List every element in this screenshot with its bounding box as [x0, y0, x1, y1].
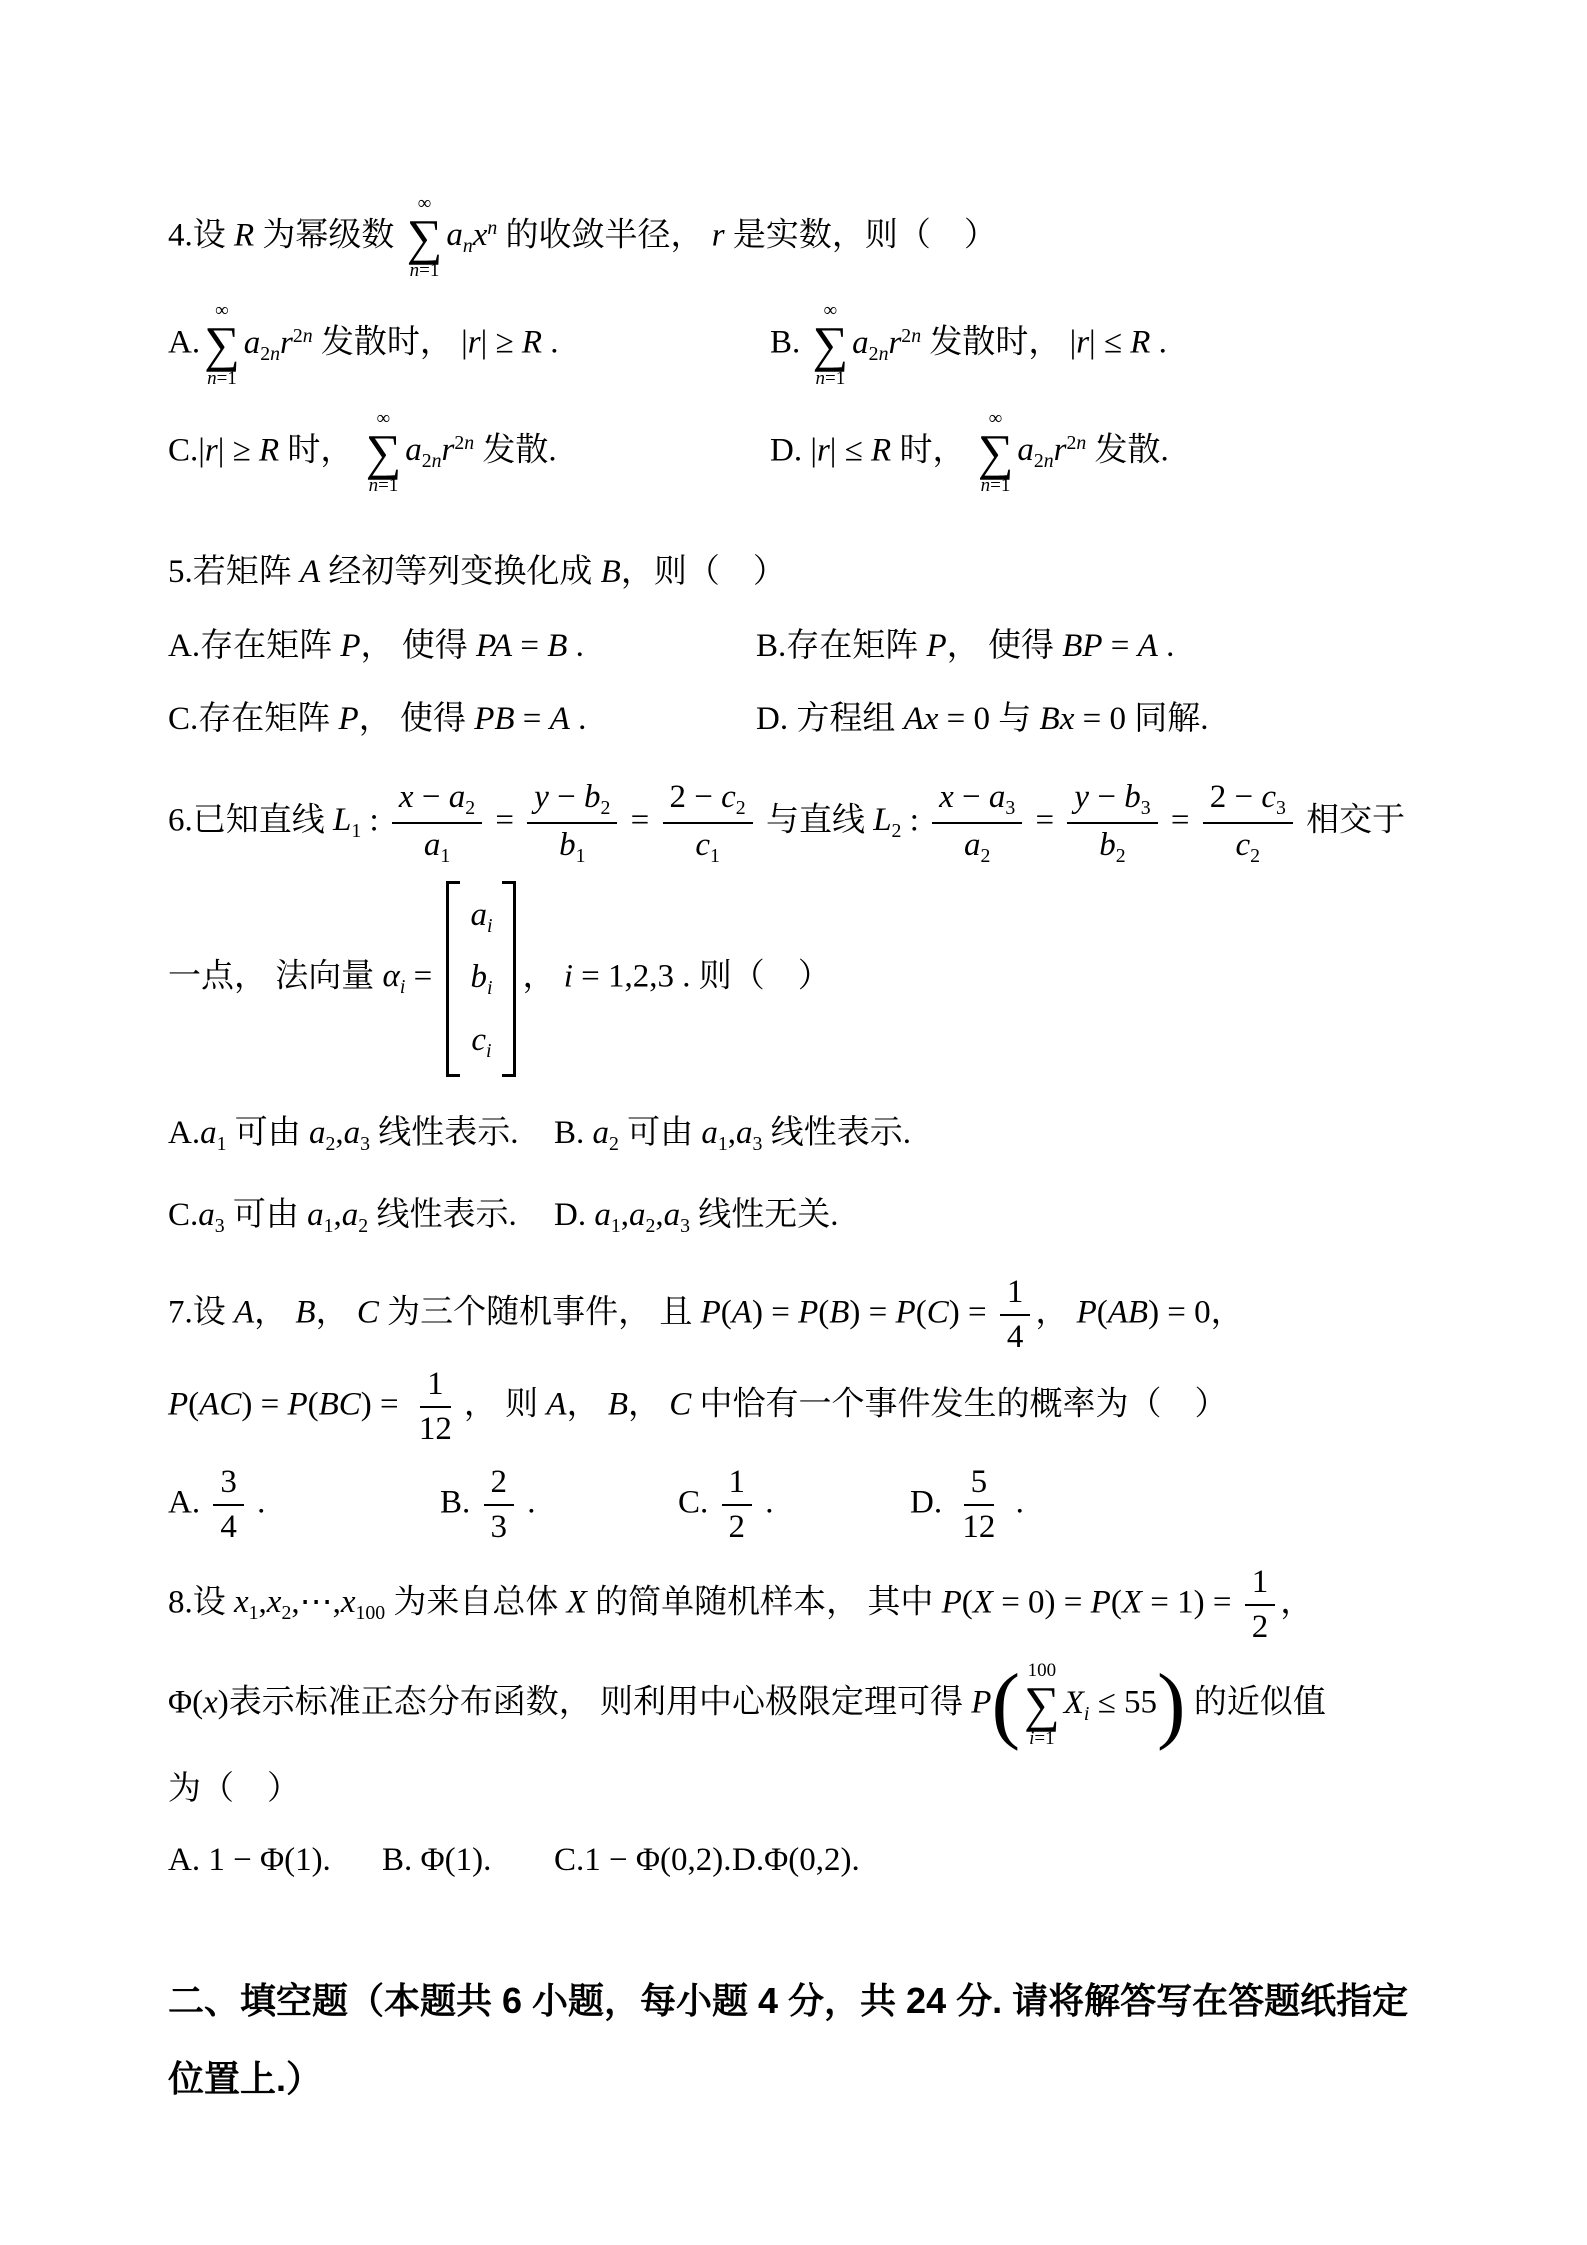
math-operator: 2 — [729, 1509, 746, 1545]
text-run: 线性无关. — [690, 1197, 839, 1233]
math-superscript: 2n — [901, 325, 921, 347]
math-subscript: 1 — [351, 820, 361, 842]
math-base: a — [736, 1115, 753, 1151]
question-6-options-row-2: C.a3 可由 a1,a2 线性表示.D. a1,a2,a3 线性无关. — [168, 1191, 1477, 1242]
math-superscripted: r2n — [280, 325, 313, 361]
math-subscripted: Xi — [1064, 1685, 1090, 1721]
option-label: C. — [554, 1842, 584, 1878]
text-run: ， — [316, 1294, 357, 1330]
question-6-stem-line-1: 6.已知直线 L1 : x − a2a1 = y − b2b1 = 2 − c2… — [168, 779, 1477, 867]
math-number: =1 — [825, 368, 845, 389]
fraction-numerator: 1 — [420, 1366, 451, 1408]
math-identifier: B — [295, 1294, 315, 1330]
math-operator: 2 — [491, 1464, 508, 1500]
fraction-denominator: a1 — [417, 824, 457, 867]
math-base: c — [471, 1022, 486, 1058]
text-run: 为幂级数 — [254, 217, 403, 253]
text-run: 发散. — [1086, 432, 1169, 468]
math-identifier: A — [550, 701, 570, 737]
question-6-option-A: A.a1 可由 a2,a3 线性表示. — [168, 1109, 554, 1160]
question-8-option-D: D.Φ(0,2). — [732, 1836, 860, 1886]
math-identifier: P — [1091, 1584, 1111, 1620]
math-identifier: n — [911, 325, 921, 347]
text-run: . 则（ ） — [674, 958, 831, 994]
big-paren: ( — [991, 1657, 1020, 1752]
math-base: x — [267, 1584, 282, 1620]
text-run: 的收敛半径， — [497, 217, 712, 253]
math-subscript: 2 — [601, 797, 611, 819]
math-number: 1 — [351, 820, 361, 842]
math-subscripted: a3 — [736, 1115, 762, 1151]
math-subscripted: a2 — [449, 779, 475, 815]
math-operator: = 1) = — [1142, 1584, 1240, 1620]
math-operator: , — [334, 1197, 342, 1233]
fraction-numerator: x − a3 — [932, 779, 1022, 824]
math-operator: 1 − Φ(1). — [208, 1842, 330, 1878]
math-number: =1 — [990, 475, 1010, 496]
math-subscripted: x2 — [267, 1584, 292, 1620]
text-run: 为（ ） — [168, 1771, 300, 1807]
vector-entry: bi — [470, 953, 492, 1004]
math-number: 3 — [1005, 797, 1015, 819]
math-subscripted: x1 — [234, 1584, 259, 1620]
math-base: L — [873, 802, 891, 838]
math-operator: , — [655, 1197, 663, 1233]
math-operator: 2 — [1252, 1609, 1269, 1645]
math-identifier: r — [712, 217, 725, 253]
fraction-denominator: c1 — [688, 824, 727, 867]
math-operator: ) = — [949, 1294, 995, 1330]
math-base: a — [594, 1197, 611, 1233]
math-subscripted: a2n — [852, 325, 888, 361]
math-identifier: y — [1074, 779, 1089, 815]
math-number: 2 — [465, 797, 475, 819]
math-fraction: 34 — [213, 1464, 244, 1546]
math-subscript: 2n — [260, 343, 280, 365]
math-base: a — [405, 432, 422, 468]
option-label: A. — [168, 1484, 208, 1520]
math-identifier: X — [973, 1584, 993, 1620]
math-identifier: n — [487, 217, 497, 239]
math-identifier: n — [981, 475, 991, 496]
text-run: 存在矩阵 — [200, 628, 340, 664]
math-subscript: 2 — [281, 1602, 291, 1624]
math-subscripted: an — [446, 217, 472, 253]
math-base: b — [559, 827, 576, 863]
math-identifier: BC — [319, 1386, 361, 1422]
math-subscripted: a2n — [405, 432, 441, 468]
math-operator: : — [901, 802, 927, 838]
math-number: 2 — [1034, 450, 1044, 472]
math-operator: 12 — [419, 1411, 452, 1447]
fraction-denominator: 2 — [1245, 1606, 1276, 1646]
math-operator: . — [757, 1484, 774, 1520]
option-label: A. — [168, 325, 200, 361]
math-identifier: n — [1076, 432, 1086, 454]
sigma-symbol: ∑ — [813, 321, 849, 369]
math-operator: . — [1150, 325, 1167, 361]
math-base: a — [342, 1197, 359, 1233]
math-operator: Φ(1). — [421, 1842, 492, 1878]
vector-right-bracket — [502, 881, 516, 1077]
math-subscript: 3 — [753, 1133, 763, 1155]
fraction-numerator: 2 − c2 — [663, 779, 753, 824]
question-5-option-D: D. 方程组 Ax = 0 与 Bx = 0 同解. — [756, 695, 1208, 745]
math-number: 2 — [645, 1215, 655, 1237]
fraction-denominator: 12 — [412, 1408, 459, 1448]
math-subscripted: ai — [470, 897, 492, 933]
text-run: 的简单随机样本， 其中 — [587, 1584, 942, 1620]
text-run: 为三个随机事件， 且 — [379, 1294, 701, 1330]
fraction-numerator: y − b2 — [527, 779, 617, 824]
math-identifier: R — [522, 325, 542, 361]
math-operator: ) = — [849, 1294, 895, 1330]
math-subscripted: a1 — [701, 1115, 727, 1151]
math-subscript: 2 — [609, 1133, 619, 1155]
math-identifier: AC — [199, 1386, 241, 1422]
math-subscripted: b1 — [559, 827, 585, 863]
math-identifier: n — [463, 235, 473, 257]
question-8-option-C: C.1 − Φ(0,2). — [554, 1836, 732, 1886]
math-identifier: x — [939, 779, 954, 815]
text-run: ， — [1211, 1294, 1244, 1330]
math-number: 1 — [576, 845, 586, 867]
math-subscript: 1 — [440, 845, 450, 867]
question-4: 4.设 R 为幂级数 ∞∑n=1anxn 的收敛半径， r 是实数，则（ ）A.… — [168, 194, 1477, 496]
math-number: 1 — [217, 1133, 227, 1155]
math-operator: , — [728, 1115, 736, 1151]
question-7-option-D: D. 512 . — [910, 1464, 1024, 1546]
math-base: r — [1054, 432, 1067, 468]
math-operator: . — [567, 628, 584, 664]
math-identifier: X — [567, 1584, 587, 1620]
math-number: 2 — [422, 450, 432, 472]
math-operator: = — [512, 628, 547, 664]
text-run: 时， — [279, 432, 362, 468]
question-5-options-row-2: C.存在矩阵 P， 使得 PB = A .D. 方程组 Ax = 0 与 Bx … — [168, 695, 1477, 745]
math-subscripted: a2 — [593, 1115, 619, 1151]
math-operator: ( — [1111, 1584, 1122, 1620]
math-base: r — [442, 432, 455, 468]
question-7-option-A: A. 34 . — [168, 1464, 440, 1546]
math-number: 2 — [454, 432, 464, 454]
option-label: D. — [732, 1842, 764, 1878]
text-run: 的近似值 — [1186, 1685, 1326, 1721]
math-subscripted: b3 — [1124, 779, 1150, 815]
math-operator: − — [954, 779, 989, 815]
question-7-stem-line-1: 7.设 A， B， C 为三个随机事件， 且 P(A) = P(B) = P(C… — [168, 1274, 1477, 1356]
math-base: a — [244, 325, 261, 361]
math-operator: ) — [218, 1685, 229, 1721]
math-operator: = — [487, 802, 522, 838]
math-operator: 1 − Φ(0,2). — [584, 1842, 731, 1878]
question-4-option-B: B. ∞∑n=1a2nr2n 发散时， |r| ≤ R . — [770, 301, 1167, 388]
math-operator: − — [1089, 779, 1124, 815]
math-number: 1 — [249, 1602, 259, 1624]
text-run: ， — [1035, 1294, 1076, 1330]
text-run: ，则（ ） — [621, 554, 786, 590]
math-operator: ( — [818, 1294, 829, 1330]
question-8-options-row-1: A. 1 − Φ(1).B. Φ(1).C.1 − Φ(0,2).D.Φ(0,2… — [168, 1836, 1477, 1886]
math-subscripted: x100 — [341, 1584, 385, 1620]
math-number: 2 — [869, 343, 879, 365]
math-operator: = — [405, 958, 440, 994]
math-subscript: 1 — [576, 845, 586, 867]
math-subscripted: a2 — [964, 827, 990, 863]
math-operator: 4 — [220, 1509, 237, 1545]
question-8-stem-line-1: 8.设 x1,x2,⋯,x100 为来自总体 X 的简单随机样本， 其中 P(X… — [168, 1564, 1477, 1646]
math-identifier: n — [879, 343, 889, 365]
math-number: 1 — [611, 1215, 621, 1237]
math-identifier: P — [896, 1294, 916, 1330]
math-base: a — [989, 779, 1006, 815]
math-operator: | ≥ — [481, 325, 522, 361]
text-run: 发散时， — [921, 325, 1070, 361]
math-operator: − — [414, 779, 449, 815]
math-base: r — [888, 325, 901, 361]
math-identifier: P — [340, 628, 360, 664]
option-label: D. — [910, 1484, 950, 1520]
option-label: C. — [678, 1484, 717, 1520]
option-label: B. — [382, 1842, 421, 1878]
math-subscripted: ci — [471, 1022, 491, 1058]
math-subscript: i — [486, 1040, 492, 1062]
math-subscript: 2n — [869, 343, 889, 365]
math-identifier: x — [399, 779, 414, 815]
text-run: 发散. — [474, 432, 557, 468]
math-number: 2 — [1066, 432, 1076, 454]
text-run: ， — [567, 1386, 608, 1422]
math-number: 2 — [293, 325, 303, 347]
fraction-numerator: 1 — [722, 1464, 753, 1506]
sigma-symbol: ∑ — [978, 429, 1014, 477]
text-run: ， — [522, 958, 563, 994]
math-base: a — [200, 1115, 217, 1151]
math-number: 100 — [356, 1602, 386, 1624]
math-operator: , — [259, 1584, 267, 1620]
section-heading-line-2: 位置上.） — [168, 2052, 1477, 2106]
math-identifier: P — [942, 1584, 962, 1620]
math-subscript: n — [463, 235, 473, 257]
question-8-option-A: A. 1 − Φ(1). — [168, 1836, 382, 1886]
math-fraction: 12 — [722, 1464, 753, 1546]
math-base: r — [280, 325, 293, 361]
math-subscript: 1 — [611, 1215, 621, 1237]
question-7-option-C: C. 12 . — [678, 1464, 910, 1546]
sigma-symbol: ∑ — [407, 214, 443, 262]
summation: ∞∑n=1 — [978, 409, 1014, 496]
math-superscripted: r2n — [1054, 432, 1087, 468]
question-7-stem-line-2: P(AC) = P(BC) = 112， 则 A， B， C 中恰有一个事件发生… — [168, 1366, 1477, 1448]
math-base: α — [383, 958, 400, 994]
math-operator: ( — [916, 1294, 927, 1330]
text-run: 一点， 法向量 — [168, 958, 383, 994]
math-operator: | — [461, 325, 468, 361]
math-operator: | ≤ — [830, 432, 871, 468]
math-identifier: A — [732, 1294, 752, 1330]
math-subscripted: a1 — [424, 827, 450, 863]
question-8-stem-line-2: Φ(x)表示标准正态分布函数， 则利用中心极限定理可得 P(100∑i=1Xi … — [168, 1661, 1477, 1748]
math-base: x — [473, 217, 488, 253]
math-operator: ) = — [241, 1386, 287, 1422]
math-number: 2 — [1116, 845, 1126, 867]
text-run: ， — [628, 1386, 669, 1422]
math-operator: | ≤ — [1089, 325, 1130, 361]
option-label: D. — [770, 432, 810, 468]
text-run: 同解. — [1134, 701, 1208, 737]
math-subscripted: b2 — [584, 779, 610, 815]
math-base: a — [449, 779, 466, 815]
exam-page: 4.设 R 为幂级数 ∞∑n=1anxn 的收敛半径， r 是实数，则（ ）A.… — [0, 0, 1587, 2106]
math-operator: ) = — [752, 1294, 798, 1330]
column-vector: aibici — [446, 881, 516, 1077]
math-base: c — [1261, 779, 1276, 815]
math-number: 2 — [892, 820, 902, 842]
math-number: 3 — [1276, 797, 1286, 819]
summation-lower-limit: n=1 — [207, 369, 237, 389]
math-operator: = — [1027, 802, 1062, 838]
question-4-options-row-1: A.∞∑n=1a2nr2n 发散时， |r| ≥ R .B. ∞∑n=1a2nr… — [168, 301, 1477, 388]
math-base: c — [1236, 827, 1251, 863]
math-subscripted: c2 — [1236, 827, 1261, 863]
math-number: 2 — [981, 845, 991, 867]
math-fraction: x − a3a2 — [932, 779, 1022, 867]
math-identifier: B — [829, 1294, 849, 1330]
math-subscript: i — [487, 977, 493, 999]
math-subscript: 2 — [1250, 845, 1260, 867]
question-8-stem-line-3: 为（ ） — [168, 1765, 1477, 1815]
math-identifier: n — [369, 475, 379, 496]
summation: ∞∑n=1 — [813, 301, 849, 388]
text-run: ， 则 — [464, 1386, 547, 1422]
math-superscripted: r2n — [888, 325, 921, 361]
math-number: 2 — [1250, 845, 1260, 867]
math-subscript: 2n — [422, 450, 442, 472]
question-6-option-C: C.a3 可由 a1,a2 线性表示. — [168, 1191, 554, 1242]
vector-entry: ci — [471, 1016, 491, 1067]
math-subscript: 2 — [981, 845, 991, 867]
math-base: b — [470, 959, 487, 995]
text-run: 可由 — [226, 1115, 309, 1151]
math-operator: = 1,2,3 — [573, 958, 674, 994]
math-identifier: B — [608, 1386, 628, 1422]
math-operator: = — [1103, 628, 1138, 664]
math-subscript: 3 — [215, 1215, 225, 1237]
math-subscript: 3 — [680, 1215, 690, 1237]
math-identifier: i — [486, 1040, 492, 1062]
summation: 100∑i=1 — [1024, 1661, 1060, 1748]
big-paren: ) — [1157, 1657, 1186, 1752]
math-subscript: 2 — [465, 797, 475, 819]
math-base: X — [1064, 1685, 1084, 1721]
math-identifier: PA — [476, 628, 512, 664]
math-superscript: 2n — [454, 432, 474, 454]
math-identifier: A — [300, 554, 320, 590]
math-number: 3 — [215, 1215, 225, 1237]
question-4-stem-line-1: 4.设 R 为幂级数 ∞∑n=1anxn 的收敛半径， r 是实数，则（ ） — [168, 194, 1477, 281]
math-operator: ( — [1097, 1294, 1108, 1330]
math-identifier: P — [971, 1685, 991, 1721]
math-subscripted: bi — [470, 959, 492, 995]
fraction-denominator: 3 — [484, 1506, 515, 1546]
fraction-numerator: y − b3 — [1067, 779, 1157, 824]
text-run: 相交于 — [1298, 802, 1405, 838]
section-heading-line-1: 二、填空题（本题共 6 小题，每小题 4 分，共 24 分. 请将解答写在答题纸… — [168, 1974, 1477, 2028]
math-subscripted: a1 — [594, 1197, 620, 1233]
math-number: 1 — [710, 845, 720, 867]
sigma-symbol: ∑ — [1024, 1681, 1060, 1729]
math-operator: 12 — [962, 1509, 995, 1545]
text-run: 表示标准正态分布函数， 则利用中心极限定理可得 — [229, 1685, 972, 1721]
text-run: 5.若矩阵 — [168, 554, 300, 590]
text-run: 8.设 — [168, 1584, 234, 1620]
question-5-option-A: A.存在矩阵 P， 使得 PA = B . — [168, 622, 756, 672]
math-operator: ( — [962, 1584, 973, 1620]
math-operator: 2 − — [1210, 779, 1262, 815]
text-run: 中恰有一个事件发生的概率为（ ） — [691, 1386, 1227, 1422]
math-subscripted: a1 — [200, 1115, 226, 1151]
math-subscripted: b2 — [1099, 827, 1125, 863]
fraction-denominator: 4 — [213, 1506, 244, 1546]
math-operator: , — [621, 1197, 629, 1233]
math-base: a — [198, 1197, 215, 1233]
math-subscripted: L1 — [333, 802, 361, 838]
math-number: 1 — [440, 845, 450, 867]
math-subscripted: αi — [383, 958, 406, 994]
text-run: 6.已知直线 — [168, 802, 333, 838]
option-label: C. — [168, 1197, 198, 1233]
math-identifier: n — [815, 368, 825, 389]
math-operator: 1 — [1252, 1564, 1269, 1600]
math-base: a — [344, 1115, 361, 1151]
math-superscript: 2n — [293, 325, 313, 347]
question-6-option-B: B. a2 可由 a1,a3 线性表示. — [554, 1109, 911, 1160]
math-subscripted: a3 — [198, 1197, 224, 1233]
fraction-numerator: 2 − c3 — [1203, 779, 1293, 824]
math-identifier: P — [287, 1386, 307, 1422]
math-superscript: n — [487, 217, 497, 239]
math-fraction: 12 — [1245, 1564, 1276, 1646]
text-run: 为来自总体 — [385, 1584, 567, 1620]
math-operator: . — [249, 1484, 266, 1520]
math-base: a — [852, 325, 869, 361]
math-superscript: 2n — [1066, 432, 1086, 454]
math-number: =1 — [217, 368, 237, 389]
text-run: 存在矩阵 — [786, 628, 926, 664]
math-identifier: r — [1076, 325, 1089, 361]
math-base: b — [1124, 779, 1141, 815]
math-identifier: P — [1077, 1294, 1097, 1330]
math-number: 3 — [1141, 797, 1151, 819]
math-subscript: 2n — [1034, 450, 1054, 472]
text-run: 7.设 — [168, 1294, 234, 1330]
math-operator: . — [1158, 628, 1175, 664]
math-fraction: 512 — [955, 1464, 1002, 1546]
summation-lower-limit: n=1 — [815, 369, 845, 389]
math-base: a — [964, 827, 981, 863]
math-fraction: 112 — [412, 1366, 459, 1448]
text-run: 与 — [998, 701, 1039, 737]
text-run: 方程组 — [796, 701, 903, 737]
summation: ∞∑n=1 — [407, 194, 443, 281]
fraction-denominator: a2 — [957, 824, 997, 867]
question-4-option-D: D. |r| ≤ R 时， ∞∑n=1a2nr2n 发散. — [770, 409, 1169, 496]
sigma-symbol: ∑ — [204, 321, 240, 369]
option-label: B. — [440, 1484, 479, 1520]
math-operator: . — [1007, 1484, 1024, 1520]
text-run: 时， — [891, 432, 974, 468]
option-label: B. — [770, 325, 809, 361]
